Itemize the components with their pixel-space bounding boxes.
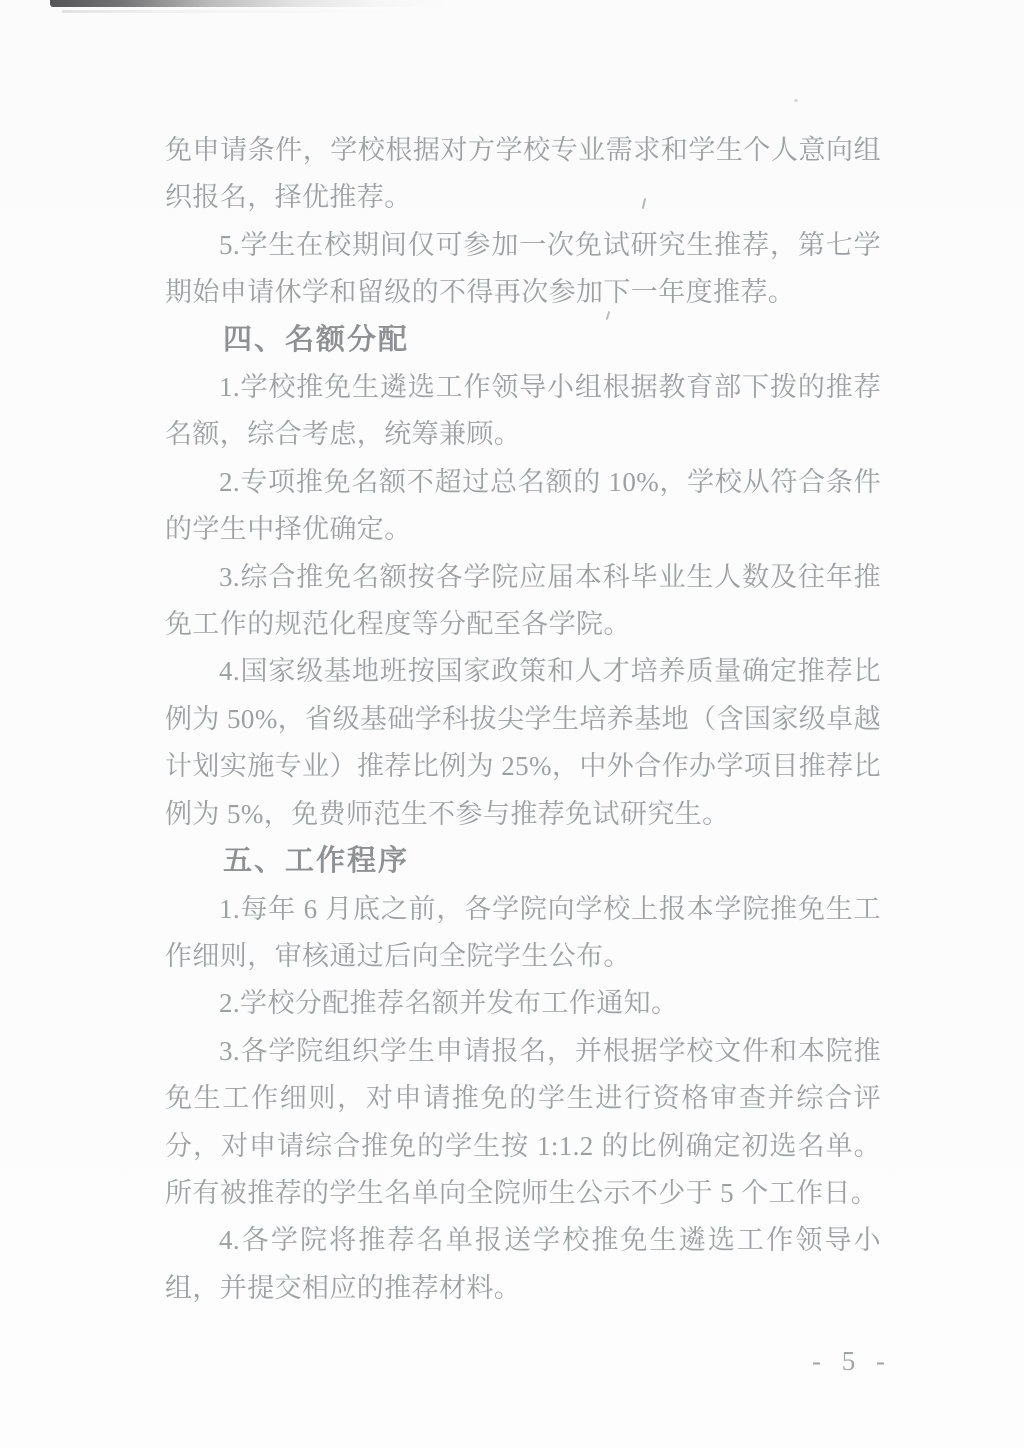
paragraph: 2.学校分配推荐名额并发布工作通知。 xyxy=(165,980,881,1027)
paragraph: 1.学校推免生遴选工作领导小组根据教育部下拨的推荐名额，综合考虑，统筹兼顾。 xyxy=(165,364,881,459)
scan-speckle xyxy=(794,99,798,102)
paragraph: 2.专项推免名额不超过总名额的 10%，学校从符合条件的学生中择优确定。 xyxy=(165,459,881,554)
paragraph: 4.国家级基地班按国家政策和人才培养质量确定推荐比例为 50%，省级基础学科拔尖… xyxy=(165,648,881,838)
section-heading: 五、工作程序 xyxy=(165,838,881,885)
scan-artifact-smudge xyxy=(50,0,450,7)
section-heading: 四、名额分配 xyxy=(165,317,881,364)
paragraph: 3.各学院组织学生申请报名，并根据学校文件和本院推免生工作细则，对申请推免的学生… xyxy=(165,1028,881,1218)
paragraph: 5.学生在校期间仅可参加一次免试研究生推荐，第七学期始申请休学和留级的不得再次参… xyxy=(165,222,881,317)
scan-artifact-smudge-faint xyxy=(62,10,392,13)
document-body: 免申请条件，学校根据对方学校专业需求和学生个人意向组织报名，择优推荐。5.学生在… xyxy=(165,127,881,1312)
page-number: - 5 - xyxy=(812,1346,892,1377)
paragraph: 3.综合推免名额按各学院应届本科毕业生人数及往年推免工作的规范化程度等分配至各学… xyxy=(165,554,881,649)
paragraph: 4.各学院将推荐名单报送学校推免生遴选工作领导小组，并提交相应的推荐材料。 xyxy=(165,1217,881,1312)
paragraph: 免申请条件，学校根据对方学校专业需求和学生个人意向组织报名，择优推荐。 xyxy=(165,127,881,222)
paragraph: 1.每年 6 月底之前，各学院向学校上报本学院推免生工作细则，审核通过后向全院学… xyxy=(165,886,881,981)
scanned-document-page: 免申请条件，学校根据对方学校专业需求和学生个人意向组织报名，择优推荐。5.学生在… xyxy=(0,0,1024,1448)
